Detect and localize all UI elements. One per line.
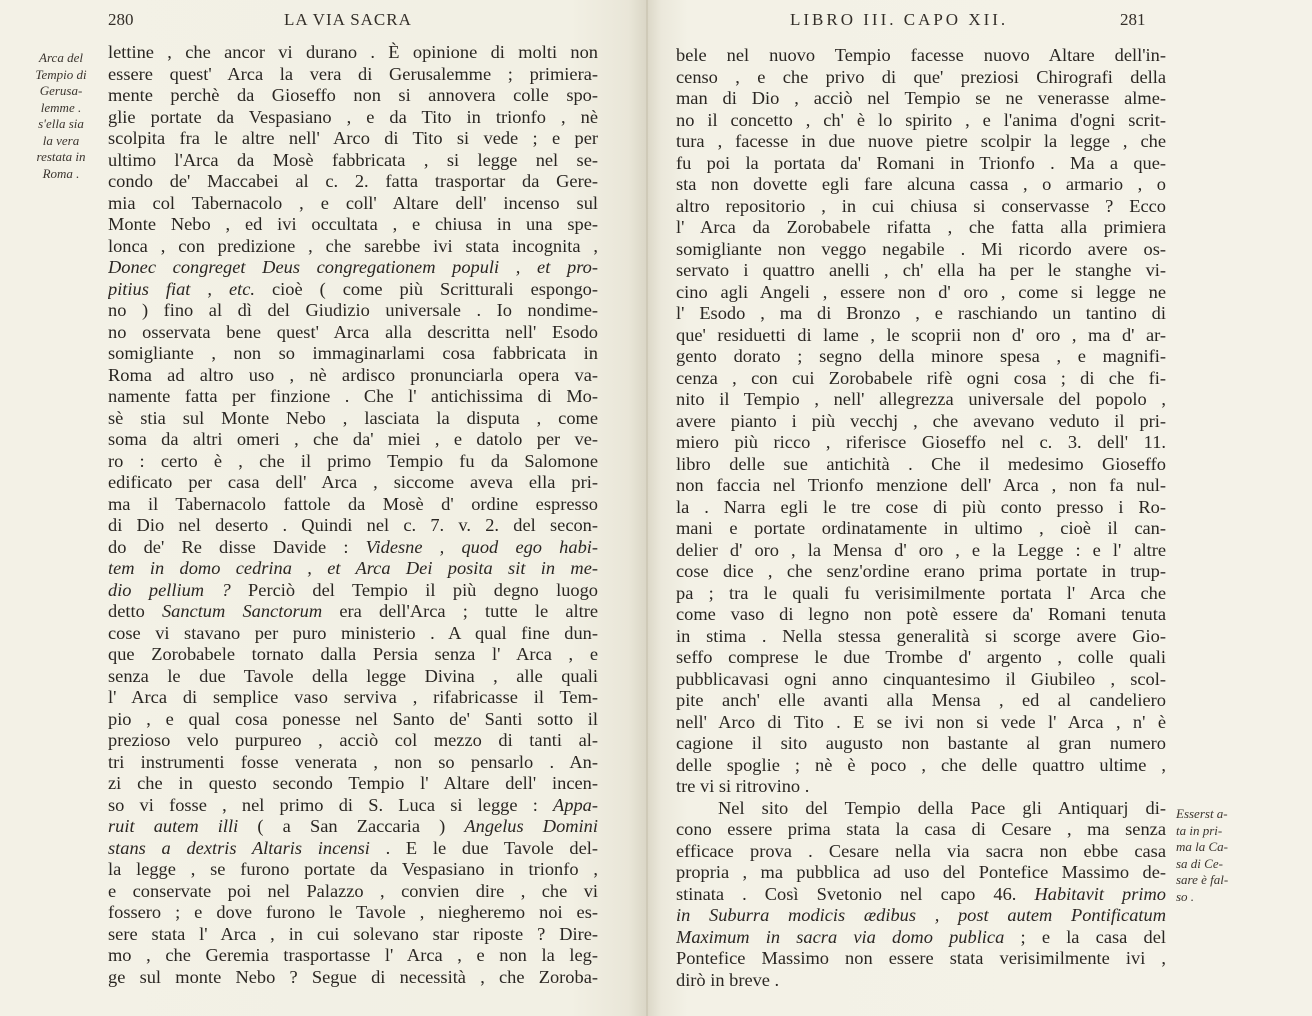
text-span: delier d' oro , la Mensa d' oro , e la L… <box>676 540 1166 560</box>
margin-note-left: Arca delTempio diGerusa-lemme .s'ella si… <box>20 50 102 182</box>
text-span: do de' Re disse Davide : <box>108 537 366 557</box>
text-span: que Zorobabele tornato dalla Persia senz… <box>108 644 598 664</box>
text-span: censo , e che privo di que' preziosi Chi… <box>676 67 1166 87</box>
text-span: l' Arca da Zorobabele rifatta , che fatt… <box>676 217 1166 237</box>
text-line: no osservata bene quest' Arca alla descr… <box>108 322 598 344</box>
text-span: libro delle sue antichità . Che il medes… <box>676 454 1166 474</box>
text-line: non faccia nel Trionfo menzione dell' Ar… <box>676 475 1166 497</box>
italic-span: dio pellium ? <box>108 580 231 600</box>
text-span: namente fatta per finzione . Che l' anti… <box>108 386 598 406</box>
text-span: delle spoglie ; nè è poco , che delle qu… <box>676 755 1166 775</box>
text-line: zi che in questo secondo Tempio l' Altar… <box>108 773 598 795</box>
text-span: cono essere prima stata la casa di Cesar… <box>676 819 1166 839</box>
text-span: ultimo l'Arca da Mosè fabbricata , si le… <box>108 150 598 170</box>
text-line: sere stata l' Arca , in cui solevano sta… <box>108 924 598 946</box>
text-line: nito il Tempio , nell' allegrezza univer… <box>676 389 1166 411</box>
text-span: sè stia sul Monte Nebo , lasciata la dis… <box>108 408 598 428</box>
text-line: la legge , se furono portate da Vespasia… <box>108 859 598 881</box>
text-line: l' Arca da Zorobabele rifatta , che fatt… <box>676 217 1166 239</box>
text-span: cagione il sito augusto non bastante al … <box>676 733 1166 753</box>
text-line: propria , ma pubblica ad uso del Pontefi… <box>676 862 1166 884</box>
margin-note-line: ma la Ca- <box>1176 839 1246 856</box>
margin-note-right: Esserst a-ta in pri-ma la Ca-sa di Ce-sa… <box>1176 806 1246 905</box>
italic-span: in Suburra modicis ædibus , post autem P… <box>676 905 1166 925</box>
text-span: fossero ; e dove furono le Tavole , nieg… <box>108 902 598 922</box>
margin-note-line: ta in pri- <box>1176 823 1246 840</box>
text-line: do de' Re disse Davide : Videsne , quod … <box>108 537 598 559</box>
text-span: . E le due Tavole del- <box>370 838 598 858</box>
italic-span: tem in domo cedrina , et Arca Dei posita… <box>108 558 598 578</box>
text-line: tri instrumenti fosse venerata , non so … <box>108 752 598 774</box>
italic-span: Angelus Domini <box>464 816 598 836</box>
italic-span: Appa- <box>553 795 598 815</box>
text-line: avere pianto i più vecchj , che avevano … <box>676 411 1166 433</box>
text-line: efficace prova . Cesare nella via sacra … <box>676 841 1166 863</box>
italic-span: ruit autem illi <box>108 816 238 836</box>
text-line: fu poi la portata da' Romani in Trionfo … <box>676 153 1166 175</box>
text-span: sta non dovette egli fare alcuna cassa ,… <box>676 174 1166 194</box>
text-span: ; e la casa del <box>1004 927 1166 947</box>
text-line: stans a dextris Altaris incensi . E le d… <box>108 838 598 860</box>
text-line: l' Esodo , ma di Bronzo , e raschiando u… <box>676 303 1166 325</box>
margin-note-line: Roma . <box>20 166 102 183</box>
text-span: lettine , che ancor vi durano . È opinio… <box>108 42 598 62</box>
text-line: stinata . Così Svetonio nel capo 46. Hab… <box>676 884 1166 906</box>
text-line: fossero ; e dove furono le Tavole , nieg… <box>108 902 598 924</box>
text-span: condo de' Maccabei al c. 2. fatta traspo… <box>108 171 598 191</box>
italic-span: Donec congreget Deus congregationem popu… <box>108 257 598 277</box>
text-line: cose vi stavano per puro ministerio . A … <box>108 623 598 645</box>
text-line: di Dio nel deserto . Quindi nel c. 7. v.… <box>108 515 598 537</box>
text-span: altro repositorio , in cui chiusa si con… <box>676 196 1166 216</box>
page-number-right: 281 <box>1120 10 1146 30</box>
text-span: ma il Tabernacolo fattole da Mosè d' ord… <box>108 494 598 514</box>
text-span: so vi fosse , nel primo di S. Luca si le… <box>108 795 553 815</box>
text-span: Monte Nebo , ed ivi occultata , e chiusa… <box>108 214 598 234</box>
text-line: pitius fiat , etc. cioè ( come più Scrit… <box>108 279 598 301</box>
text-span: soma da altri omeri , che da' miei , e d… <box>108 429 598 449</box>
text-line: tre vi si ritrovino . <box>676 776 1166 798</box>
text-span: scolpita fra le altre nell' Arco di Tito… <box>108 128 598 148</box>
text-span: pa ; tra le quali fu verisimilmente port… <box>676 583 1166 603</box>
text-span: ( a San Zaccaria ) <box>238 816 464 836</box>
text-line: edificato per casa dell' Arca , siccome … <box>108 472 598 494</box>
text-line: cenza , con cui Zorobabele rifè ogni cos… <box>676 368 1166 390</box>
text-line: Roma ad altro uso , nè ardisco pronuncia… <box>108 365 598 387</box>
text-line: senza le due Tavole della legge Divina ,… <box>108 666 598 688</box>
text-line: no il concetto , ch' è lo spirito , e l'… <box>676 110 1166 132</box>
text-span: la . Narra egli le tre cose di più conto… <box>676 497 1166 517</box>
text-span: efficace prova . Cesare nella via sacra … <box>676 841 1166 861</box>
text-span: come vaso di legno non potè essere da' R… <box>676 604 1166 624</box>
text-span: essere quest' Arca la vera di Gerusalemm… <box>108 64 598 84</box>
text-span: somigliante non veggo negabile . Mi rico… <box>676 239 1166 259</box>
text-span: mia col Tabernacolo , e coll' Altare del… <box>108 193 598 213</box>
margin-note-line: Esserst a- <box>1176 806 1246 823</box>
text-span: tri instrumenti fosse venerata , non so … <box>108 752 598 772</box>
text-span: mani e portate ordinatamente in ultimo ,… <box>676 518 1166 538</box>
text-line: ultimo l'Arca da Mosè fabbricata , si le… <box>108 150 598 172</box>
italic-span: Sanctum Sanctorum <box>162 601 322 621</box>
italic-span: Videsne , quod ego habi- <box>366 537 598 557</box>
text-line: la . Narra egli le tre cose di più conto… <box>676 497 1166 519</box>
text-line: ruit autem illi ( a San Zaccaria ) Angel… <box>108 816 598 838</box>
text-line: glie portate da Vespasiano , e da Tito i… <box>108 107 598 129</box>
text-span: Nel sito del Tempio della Pace gli Antiq… <box>718 798 1166 818</box>
text-span: detto <box>108 601 162 621</box>
text-span: cenza , con cui Zorobabele rifè ogni cos… <box>676 368 1166 388</box>
text-line: man di Dio , acciò nel Tempio se ne vene… <box>676 88 1166 110</box>
text-line: dio pellium ? Perciò del Tempio il più d… <box>108 580 598 602</box>
text-span: l' Arca di semplice vaso serviva , rifab… <box>108 687 598 707</box>
text-span: mente perchè da Gioseffo non si annovera… <box>108 85 598 105</box>
text-span: lonca , con predizione , che sarebbe ivi… <box>108 236 598 256</box>
text-line: que' residuetti di lame , le scoprii non… <box>676 325 1166 347</box>
text-span: fu poi la portata da' Romani in Trionfo … <box>676 153 1166 173</box>
text-span: dirò in breve . <box>676 970 779 990</box>
text-line: in stima . Nella stessa generalità si sc… <box>676 626 1166 648</box>
text-line: gento dorato ; segno della minore spesa … <box>676 346 1166 368</box>
text-span: bele nel nuovo Tempio facesse nuovo Alta… <box>676 45 1166 65</box>
italic-span: stans a dextris Altaris incensi <box>108 838 370 858</box>
text-line: miero più ricco , riferisce Gioseffo nel… <box>676 432 1166 454</box>
text-span: Pontefice Massimo non essere stata veris… <box>676 948 1166 968</box>
text-line: e conservate poi nel Palazzo , convien d… <box>108 881 598 903</box>
text-span: ge sul monte Nebo ? Segue di necessità ,… <box>108 967 598 987</box>
text-line: sè stia sul Monte Nebo , lasciata la dis… <box>108 408 598 430</box>
text-span: l' Esodo , ma di Bronzo , e raschiando u… <box>676 303 1166 323</box>
text-span: cose dice , che senz'ordine erano prima … <box>676 561 1166 581</box>
text-span: pio , e qual cosa ponesse nel Santo de' … <box>108 709 598 729</box>
text-span: di Dio nel deserto . Quindi nel c. 7. v.… <box>108 515 598 535</box>
text-line: ma il Tabernacolo fattole da Mosè d' ord… <box>108 494 598 516</box>
text-span: zi che in questo secondo Tempio l' Altar… <box>108 773 598 793</box>
text-span: e conservate poi nel Palazzo , convien d… <box>108 881 598 901</box>
text-span: no il concetto , ch' è lo spirito , e l'… <box>676 110 1166 130</box>
margin-note-line: restata in <box>20 149 102 166</box>
text-span: stinata . Così Svetonio nel capo 46. <box>676 884 1035 904</box>
margin-note-line: Tempio di <box>20 67 102 84</box>
text-span: propria , ma pubblica ad uso del Pontefi… <box>676 862 1166 882</box>
text-span: tre vi si ritrovino . <box>676 776 809 796</box>
margin-note-line: la vera <box>20 133 102 150</box>
text-line: tura , facesse in due nuove pietre scolp… <box>676 131 1166 153</box>
text-line: mia col Tabernacolo , e coll' Altare del… <box>108 193 598 215</box>
text-line: delier d' oro , la Mensa d' oro , e la L… <box>676 540 1166 562</box>
text-span: somigliante , non so immaginarlami cosa … <box>108 343 598 363</box>
text-line: cino agli Angeli , essere non d' oro , c… <box>676 282 1166 304</box>
text-span: era dell'Arca ; tutte le altre <box>322 601 598 621</box>
text-line: lettine , che ancor vi durano . È opinio… <box>108 42 598 64</box>
text-line: l' Arca di semplice vaso serviva , rifab… <box>108 687 598 709</box>
text-line: so vi fosse , nel primo di S. Luca si le… <box>108 795 598 817</box>
text-line: no ) fino al dì del Giudizio universale … <box>108 300 598 322</box>
text-span: cose vi stavano per puro ministerio . A … <box>108 623 598 643</box>
text-line: condo de' Maccabei al c. 2. fatta traspo… <box>108 171 598 193</box>
text-span: glie portate da Vespasiano , e da Tito i… <box>108 107 598 127</box>
right-page-body: bele nel nuovo Tempio facesse nuovo Alta… <box>676 45 1166 991</box>
text-span: servato i quattro anelli , ch' ella ha p… <box>676 260 1166 280</box>
text-line: delle spoglie ; nè è poco , che delle qu… <box>676 755 1166 777</box>
text-span: la legge , se furono portate da Vespasia… <box>108 859 598 879</box>
text-line: pio , e qual cosa ponesse nel Santo de' … <box>108 709 598 731</box>
text-line: servato i quattro anelli , ch' ella ha p… <box>676 260 1166 282</box>
text-span: ro : certo è , che il primo Tempio fu da… <box>108 451 598 471</box>
text-span: sere stata l' Arca , in cui solevano sta… <box>108 924 598 944</box>
text-span: no ) fino al dì del Giudizio universale … <box>108 300 598 320</box>
text-span: tura , facesse in due nuove pietre scolp… <box>676 131 1166 151</box>
text-line: nell' Arco di Tito . E se ivi non si ved… <box>676 712 1166 734</box>
text-line: somigliante non veggo negabile . Mi rico… <box>676 239 1166 261</box>
margin-note-line: so . <box>1176 889 1246 906</box>
margin-note-line: sare è fal- <box>1176 872 1246 889</box>
italic-span: pitius fiat , etc. <box>108 279 255 299</box>
margin-note-line: sa di Ce- <box>1176 856 1246 873</box>
text-line: essere quest' Arca la vera di Gerusalemm… <box>108 64 598 86</box>
text-line: pa ; tra le quali fu verisimilmente port… <box>676 583 1166 605</box>
margin-note-line: s'ella sia <box>20 116 102 133</box>
text-line: ro : certo è , che il primo Tempio fu da… <box>108 451 598 473</box>
text-line: pubblicavasi ogni anno cinquantesimo il … <box>676 669 1166 691</box>
text-line: sta non dovette egli fare alcuna cassa ,… <box>676 174 1166 196</box>
text-line: come vaso di legno non potè essere da' R… <box>676 604 1166 626</box>
margin-note-line: Gerusa- <box>20 83 102 100</box>
text-line: cono essere prima stata la casa di Cesar… <box>676 819 1166 841</box>
text-span: nell' Arco di Tito . E se ivi non si ved… <box>676 712 1166 732</box>
text-span: prezioso velo purpureo , acciò col mezzo… <box>108 730 598 750</box>
text-line: censo , e che privo di que' preziosi Chi… <box>676 67 1166 89</box>
text-span: avere pianto i più vecchj , che avevano … <box>676 411 1166 431</box>
text-line: bele nel nuovo Tempio facesse nuovo Alta… <box>676 45 1166 67</box>
text-span: gento dorato ; segno della minore spesa … <box>676 346 1166 366</box>
text-span: cioè ( come più Scritturali espongo- <box>255 279 598 299</box>
page-number-left: 280 <box>108 10 134 30</box>
text-line: libro delle sue antichità . Che il medes… <box>676 454 1166 476</box>
text-line: lonca , con predizione , che sarebbe ivi… <box>108 236 598 258</box>
margin-note-line: lemme . <box>20 100 102 117</box>
text-span: seffo comprese le due Trombe d' argento … <box>676 647 1166 667</box>
text-span: no osservata bene quest' Arca alla descr… <box>108 322 598 342</box>
text-span: miero più ricco , riferisce Gioseffo nel… <box>676 432 1166 452</box>
text-span: Roma ad altro uso , nè ardisco pronuncia… <box>108 365 598 385</box>
text-span: edificato per casa dell' Arca , siccome … <box>108 472 598 492</box>
left-page-body: lettine , che ancor vi durano . È opinio… <box>108 42 598 988</box>
text-line: pite anch' elle avanti alla Mensa , ed a… <box>676 690 1166 712</box>
text-span: in stima . Nella stessa generalità si sc… <box>676 626 1166 646</box>
italic-span: Habitavit primo <box>1035 884 1167 904</box>
text-line: Maximum in sacra via domo publica ; e la… <box>676 927 1166 949</box>
text-span: cino agli Angeli , essere non d' oro , c… <box>676 282 1166 302</box>
text-line: soma da altri omeri , che da' miei , e d… <box>108 429 598 451</box>
italic-span: Maximum in sacra via domo publica <box>676 927 1004 947</box>
running-head-right: LIBRO III. CAPO XII. <box>790 10 1008 30</box>
text-line: Nel sito del Tempio della Pace gli Antiq… <box>676 798 1166 820</box>
text-span: senza le due Tavole della legge Divina ,… <box>108 666 598 686</box>
text-span: man di Dio , acciò nel Tempio se ne vene… <box>676 88 1166 108</box>
text-line: mo , che Geremia trasportasse l' Arca , … <box>108 945 598 967</box>
running-head-left: LA VIA SACRA <box>284 10 412 30</box>
text-span: pubblicavasi ogni anno cinquantesimo il … <box>676 669 1166 689</box>
text-line: scolpita fra le altre nell' Arco di Tito… <box>108 128 598 150</box>
text-line: Pontefice Massimo non essere stata veris… <box>676 948 1166 970</box>
text-line: seffo comprese le due Trombe d' argento … <box>676 647 1166 669</box>
text-line: cose dice , che senz'ordine erano prima … <box>676 561 1166 583</box>
text-line: mani e portate ordinatamente in ultimo ,… <box>676 518 1166 540</box>
text-line: Donec congreget Deus congregationem popu… <box>108 257 598 279</box>
text-line: tem in domo cedrina , et Arca Dei posita… <box>108 558 598 580</box>
text-line: somigliante , non so immaginarlami cosa … <box>108 343 598 365</box>
text-line: prezioso velo purpureo , acciò col mezzo… <box>108 730 598 752</box>
text-span: nito il Tempio , nell' allegrezza univer… <box>676 389 1166 409</box>
text-span: Perciò del Tempio il più degno luogo <box>231 580 598 600</box>
text-line: mente perchè da Gioseffo non si annovera… <box>108 85 598 107</box>
text-span: mo , che Geremia trasportasse l' Arca , … <box>108 945 598 965</box>
text-span: que' residuetti di lame , le scoprii non… <box>676 325 1166 345</box>
text-line: dirò in breve . <box>676 970 1166 992</box>
text-line: namente fatta per finzione . Che l' anti… <box>108 386 598 408</box>
text-line: cagione il sito augusto non bastante al … <box>676 733 1166 755</box>
text-line: detto Sanctum Sanctorum era dell'Arca ; … <box>108 601 598 623</box>
text-span: non faccia nel Trionfo menzione dell' Ar… <box>676 475 1166 495</box>
text-line: que Zorobabele tornato dalla Persia senz… <box>108 644 598 666</box>
text-line: Monte Nebo , ed ivi occultata , e chiusa… <box>108 214 598 236</box>
text-line: ge sul monte Nebo ? Segue di necessità ,… <box>108 967 598 989</box>
margin-note-line: Arca del <box>20 50 102 67</box>
right-page: LIBRO III. CAPO XII. 281 bele nel nuovo … <box>648 0 1312 1016</box>
text-line: in Suburra modicis ædibus , post autem P… <box>676 905 1166 927</box>
text-span: pite anch' elle avanti alla Mensa , ed a… <box>676 690 1166 710</box>
left-page: 280 LA VIA SACRA Arca delTempio diGerusa… <box>0 0 648 1016</box>
text-line: altro repositorio , in cui chiusa si con… <box>676 196 1166 218</box>
